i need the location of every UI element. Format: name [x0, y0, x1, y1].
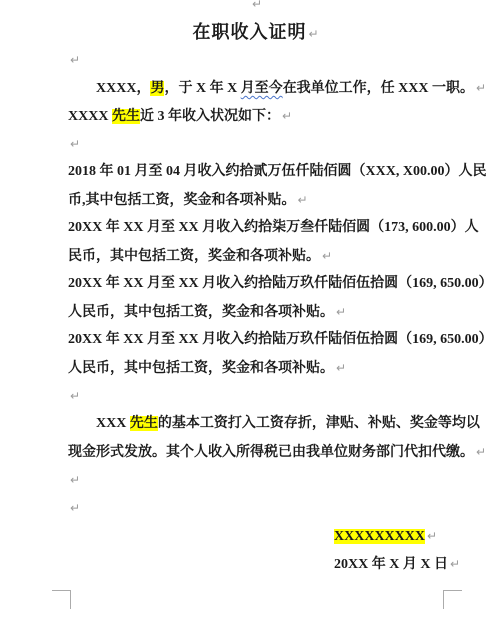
text-run: 人民币，其中包括工资，奖金和各项补贴。	[68, 305, 334, 320]
highlighted-text: 先生	[112, 109, 140, 124]
text-run: 20XX 年 XX 月至 XX 月收入约拾柒万叁仟陆佰圆（173, 600.00…	[68, 220, 479, 235]
paragraph-mark-icon: ↵	[476, 445, 486, 459]
text-run: 币,其中包括工资，奖金和各项补贴。	[68, 193, 296, 208]
highlighted-text: 男	[150, 81, 164, 96]
text-run: 20XX 年 XX 月至 XX 月收入约拾陆万玖仟陆佰伍拾圆（169, 650.…	[68, 332, 493, 347]
spellcheck-flagged-text: 月至今	[241, 81, 283, 96]
text-line[interactable]: XXXX，男，于 X 年 X 月至今在我单位工作，任 XXX 一职。↵	[68, 74, 444, 102]
text-run: 现金形式发放。其个人收入所得税已由我单位财务部门代扣代缴。	[68, 445, 474, 460]
text-line[interactable]: ↵	[68, 382, 444, 410]
text-line[interactable]: 民币，其中包括工资，奖金和各项补贴。↵	[68, 242, 444, 270]
text-line[interactable]: ↵	[68, 130, 444, 158]
text-line[interactable]: 20XX 年 XX 月至 XX 月收入约拾柒万叁仟陆佰圆（173, 600.00…	[68, 214, 444, 242]
document-title[interactable]: 在职收入证明↵	[68, 18, 444, 46]
text-line[interactable]: ↵	[68, 494, 444, 522]
text-line[interactable]: 2018 年 01 月至 04 月收入约拾贰万伍仟陆佰圆（XXX, X00.00…	[68, 158, 444, 186]
paragraph-mark-icon: ↵	[298, 193, 308, 207]
text-line[interactable]: ↵	[68, 0, 444, 18]
text-run: 在我单位工作，任 XXX 一职。	[283, 81, 474, 96]
text-run: 20XX 年 X 月 X 日	[334, 557, 448, 572]
text-run: ，于 X 年 X	[164, 81, 240, 96]
highlighted-text: XXXXXXXXX	[334, 529, 425, 544]
paragraph-mark-icon: ↵	[308, 27, 319, 41]
highlighted-text: 先生	[130, 416, 158, 431]
text-line[interactable]: XXXX 先生近 3 年收入状况如下：↵	[68, 102, 444, 130]
word-document-page: ↵在职收入证明↵↵XXXX，男，于 X 年 X 月至今在我单位工作，任 XXX …	[0, 0, 500, 624]
text-run: XXXX	[68, 109, 112, 124]
paragraph-mark-icon: ↵	[252, 0, 262, 11]
paragraph-mark-icon: ↵	[427, 529, 437, 543]
text-line[interactable]: XXXXXXXXX↵	[68, 522, 444, 550]
text-line[interactable]: 币,其中包括工资，奖金和各项补贴。↵	[68, 186, 444, 214]
text-run: XXX	[96, 416, 130, 431]
text-line[interactable]: 人民币，其中包括工资，奖金和各项补贴。↵	[68, 298, 444, 326]
text-line[interactable]: 人民币，其中包括工资，奖金和各项补贴。↵	[68, 354, 444, 382]
text-run: 人民币，其中包括工资，奖金和各项补贴。	[68, 361, 334, 376]
text-run: 2018 年 01 月至 04 月收入约拾贰万伍仟陆佰圆（XXX, X00.00…	[68, 164, 486, 179]
text-line[interactable]: XXX 先生的基本工资打入工资存折，津贴、补贴、奖金等均以	[68, 410, 444, 438]
paragraph-mark-icon: ↵	[322, 249, 332, 263]
text-line[interactable]: 20XX 年 X 月 X 日↵	[68, 550, 444, 578]
paragraph-mark-icon: ↵	[70, 53, 80, 67]
paragraph-mark-icon: ↵	[336, 361, 346, 375]
text-run: 民币，其中包括工资，奖金和各项补贴。	[68, 249, 320, 264]
document-text-area[interactable]: ↵在职收入证明↵↵XXXX，男，于 X 年 X 月至今在我单位工作，任 XXX …	[68, 0, 444, 578]
paragraph-mark-icon: ↵	[70, 389, 80, 403]
paragraph-mark-icon: ↵	[70, 137, 80, 151]
paragraph-mark-icon: ↵	[336, 305, 346, 319]
text-run: 20XX 年 XX 月至 XX 月收入约拾陆万玖仟陆佰伍拾圆（169, 650.…	[68, 276, 493, 291]
paragraph-mark-icon: ↵	[70, 473, 80, 487]
margin-crop-mark-bottom-left	[52, 590, 71, 609]
text-line[interactable]: ↵	[68, 466, 444, 494]
paragraph-mark-icon: ↵	[70, 501, 80, 515]
paragraph-mark-icon: ↵	[476, 81, 486, 95]
text-line[interactable]: 20XX 年 XX 月至 XX 月收入约拾陆万玖仟陆佰伍拾圆（169, 650.…	[68, 270, 444, 298]
margin-crop-mark-bottom-right	[443, 590, 462, 609]
text-run: 近 3 年收入状况如下：	[140, 109, 280, 124]
text-run: XXXX，	[96, 81, 150, 96]
text-line[interactable]: 现金形式发放。其个人收入所得税已由我单位财务部门代扣代缴。↵	[68, 438, 444, 466]
text-run: 在职收入证明	[192, 22, 306, 42]
paragraph-mark-icon: ↵	[450, 557, 460, 571]
text-line[interactable]: ↵	[68, 46, 444, 74]
text-run: 的基本工资打入工资存折，津贴、补贴、奖金等均以	[158, 416, 480, 431]
text-line[interactable]: 20XX 年 XX 月至 XX 月收入约拾陆万玖仟陆佰伍拾圆（169, 650.…	[68, 326, 444, 354]
paragraph-mark-icon: ↵	[282, 109, 292, 123]
